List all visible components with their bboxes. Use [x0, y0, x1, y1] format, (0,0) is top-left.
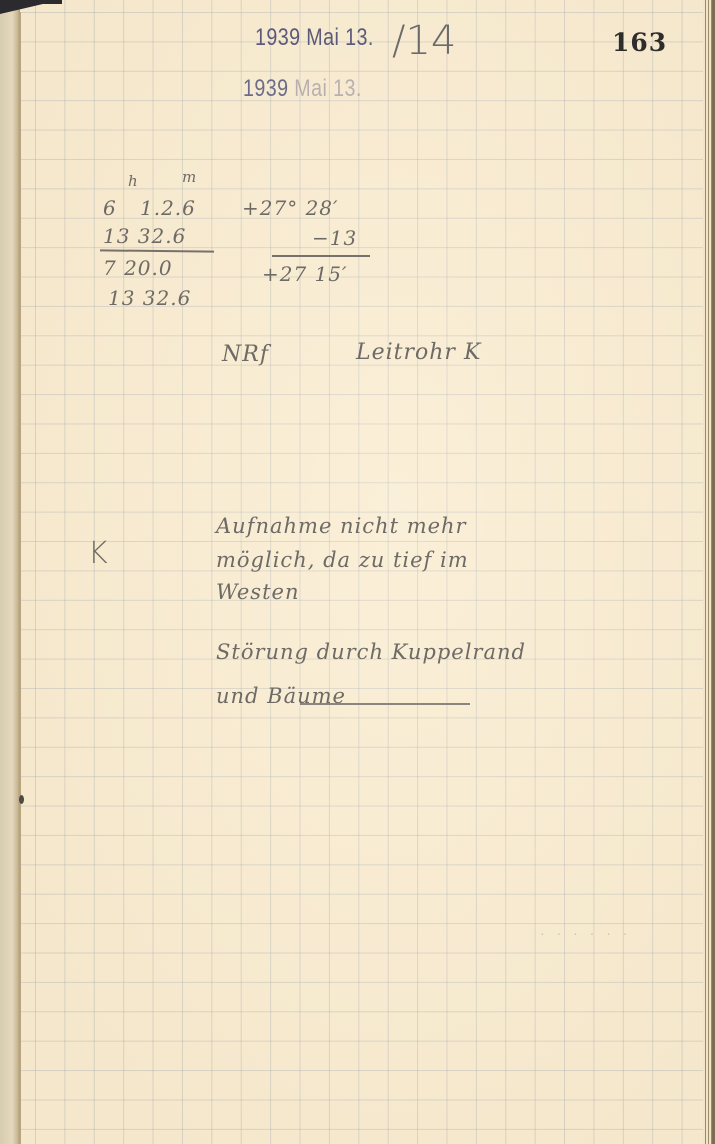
- binding-gutter: [0, 0, 20, 1144]
- notebook-page-scan: 1939 Mai 13. /14 1939 Mai 13. 163 h m 6 …: [0, 0, 715, 1144]
- time-row1-rest: 1.2.6: [140, 196, 196, 220]
- margin-ink-dot: [19, 795, 24, 804]
- time-repeat: 13 32.6: [108, 286, 191, 310]
- angle-sum-rule: [272, 255, 370, 257]
- time-row2: 13 32.6: [103, 224, 186, 248]
- minutes-unit-mark: m: [182, 168, 197, 186]
- note-line-1: Aufnahme nicht mehr: [216, 514, 467, 538]
- faint-bottom-stamp: · · · · · ·: [540, 925, 631, 941]
- margin-note-k: K: [88, 536, 109, 571]
- page-number: 163: [612, 28, 667, 57]
- corner-shadow-strip: [0, 0, 62, 4]
- date-annotation: /14: [392, 18, 456, 64]
- angle-row2: −13: [312, 226, 357, 250]
- date-stamp-secondary-faint: Mai 13.: [294, 75, 361, 102]
- note-line-3: Westen: [216, 580, 299, 604]
- hours-unit-mark: h: [128, 172, 139, 190]
- date-stamp-secondary: 1939 Mai 13.: [243, 75, 362, 103]
- time-row1-hours: 6: [103, 196, 117, 220]
- note-line-4: Störung durch Kuppelrand: [216, 640, 526, 664]
- date-stamp-primary: 1939 Mai 13.: [255, 24, 374, 52]
- angle-result: +27 15′: [262, 262, 348, 286]
- instrument-label-nrf: NRf: [222, 342, 269, 367]
- angle-row1: +27° 28′: [242, 196, 339, 220]
- note-line-2: möglich, da zu tief im: [216, 548, 469, 572]
- graph-paper: [21, 0, 703, 1144]
- instrument-label-leitrohr: Leitrohr K: [356, 340, 481, 365]
- time-result: 7 20.0: [103, 256, 173, 280]
- note-underline: [300, 703, 470, 705]
- date-stamp-secondary-year: 1939: [243, 75, 288, 102]
